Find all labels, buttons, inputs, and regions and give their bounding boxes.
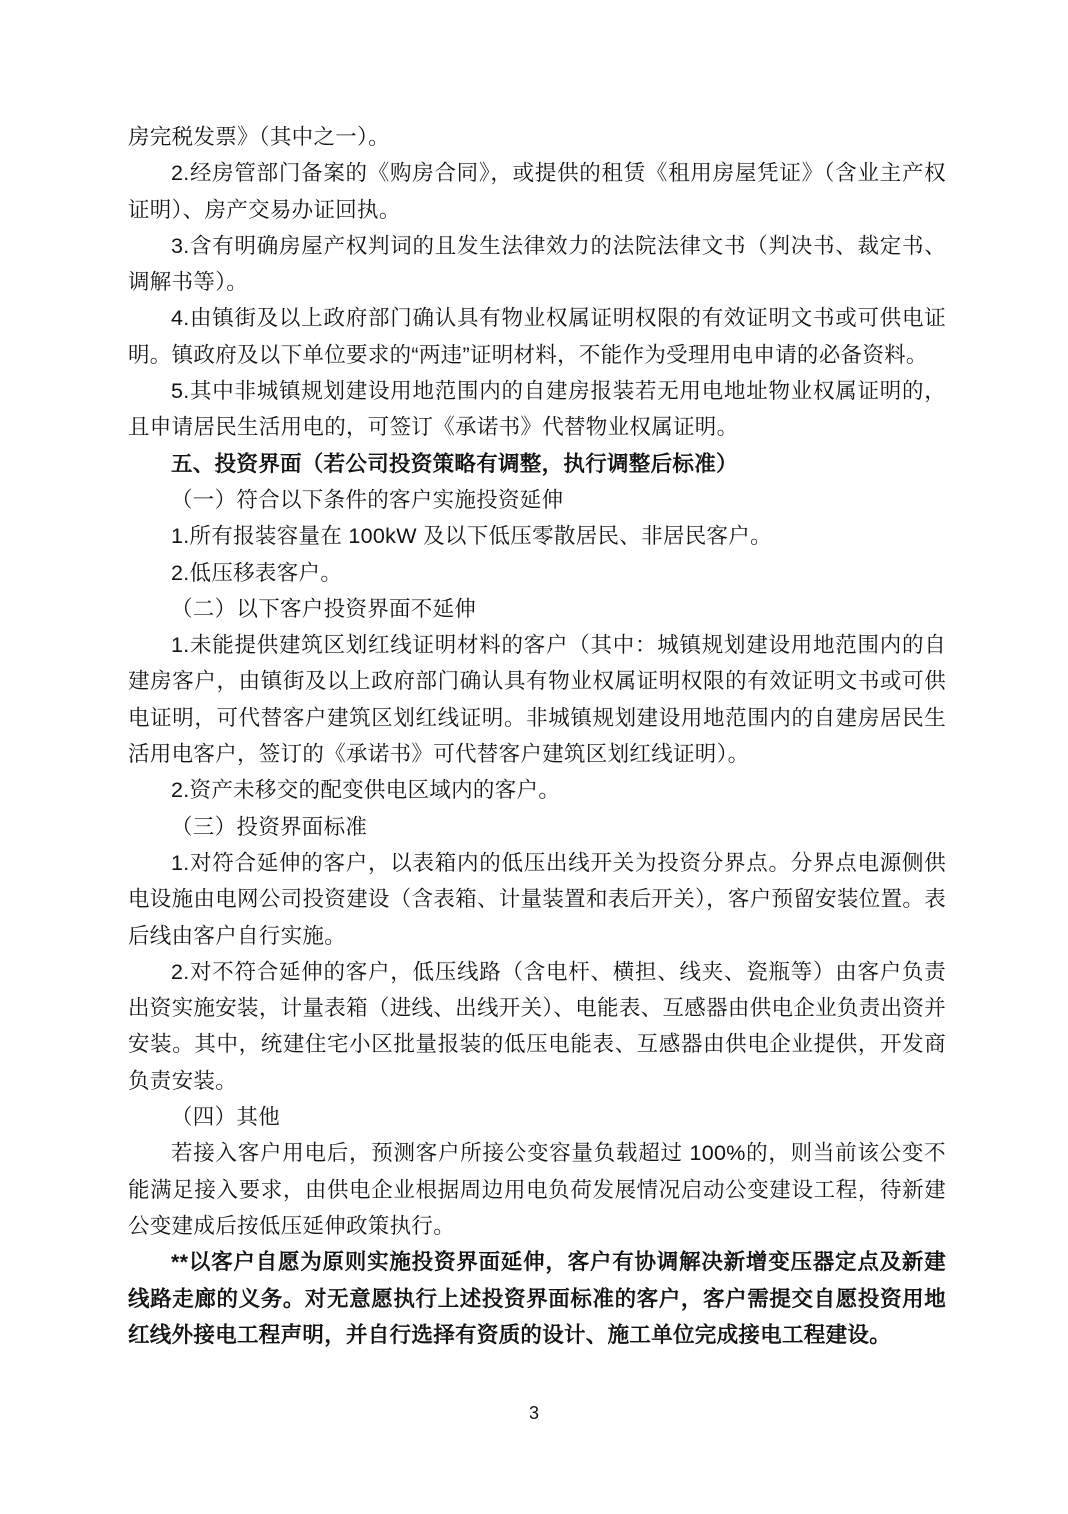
numbered-item-3: 3.含有明确房屋产权判词的且发生法律效力的法院法律文书（判决书、裁定书、调解书等… (128, 228, 946, 301)
document-page: 房完税发票》（其中之一）。 2.经房管部门备案的《购房合同》，或提供的租赁《租用… (0, 0, 1068, 1514)
subsection-1-item-1: 1.所有报装容量在 100kW 及以下低压零散居民、非居民客户。 (128, 518, 946, 554)
subsection-2-item-2: 2.资产未移交的配变供电区域内的客户。 (128, 772, 946, 808)
subsection-heading-3: （三）投资界面标准 (128, 809, 946, 845)
subsection-heading-2: （二）以下客户投资界面不延伸 (128, 591, 946, 627)
subsection-3-item-1: 1.对符合延伸的客户，以表箱内的低压出线开关为投资分界点。分界点电源侧供电设施由… (128, 845, 946, 954)
subsection-heading-4: （四）其他 (128, 1099, 946, 1135)
subsection-3-item-2: 2.对不符合延伸的客户，低压线路（含电杆、横担、线夹、瓷瓶等）由客户负责出资实施… (128, 954, 946, 1099)
emphasis-note-paragraph: **以客户自愿为原则实施投资界面延伸，客户有协调解决新增变压器定点及新建线路走廊… (128, 1244, 946, 1353)
numbered-item-4: 4.由镇街及以上政府部门确认具有物业权属证明权限的有效证明文书或可供电证明。镇政… (128, 300, 946, 373)
subsection-1-item-2: 2.低压移表客户。 (128, 555, 946, 591)
subsection-heading-1: （一）符合以下条件的客户实施投资延伸 (128, 482, 946, 518)
subsection-4-paragraph: 若接入客户用电后，预测客户所接公变容量负载超过 100%的，则当前该公变不能满足… (128, 1135, 946, 1244)
numbered-item-2: 2.经房管部门备案的《购房合同》，或提供的租赁《租用房屋凭证》（含业主产权证明）… (128, 155, 946, 228)
document-content: 房完税发票》（其中之一）。 2.经房管部门备案的《购房合同》，或提供的租赁《租用… (128, 119, 946, 1353)
subsection-2-item-1: 1.未能提供建筑区划红线证明材料的客户（其中：城镇规划建设用地范围内的自建房客户… (128, 627, 946, 772)
section-heading-investment-interface: 五、投资界面（若公司投资策略有调整，执行调整后标准） (128, 446, 946, 482)
page-number: 3 (0, 1401, 1068, 1425)
numbered-item-5: 5.其中非城镇规划建设用地范围内的自建房报装若无用电地址物业权属证明的，且申请居… (128, 373, 946, 446)
paragraph-carryover: 房完税发票》（其中之一）。 (128, 119, 946, 155)
